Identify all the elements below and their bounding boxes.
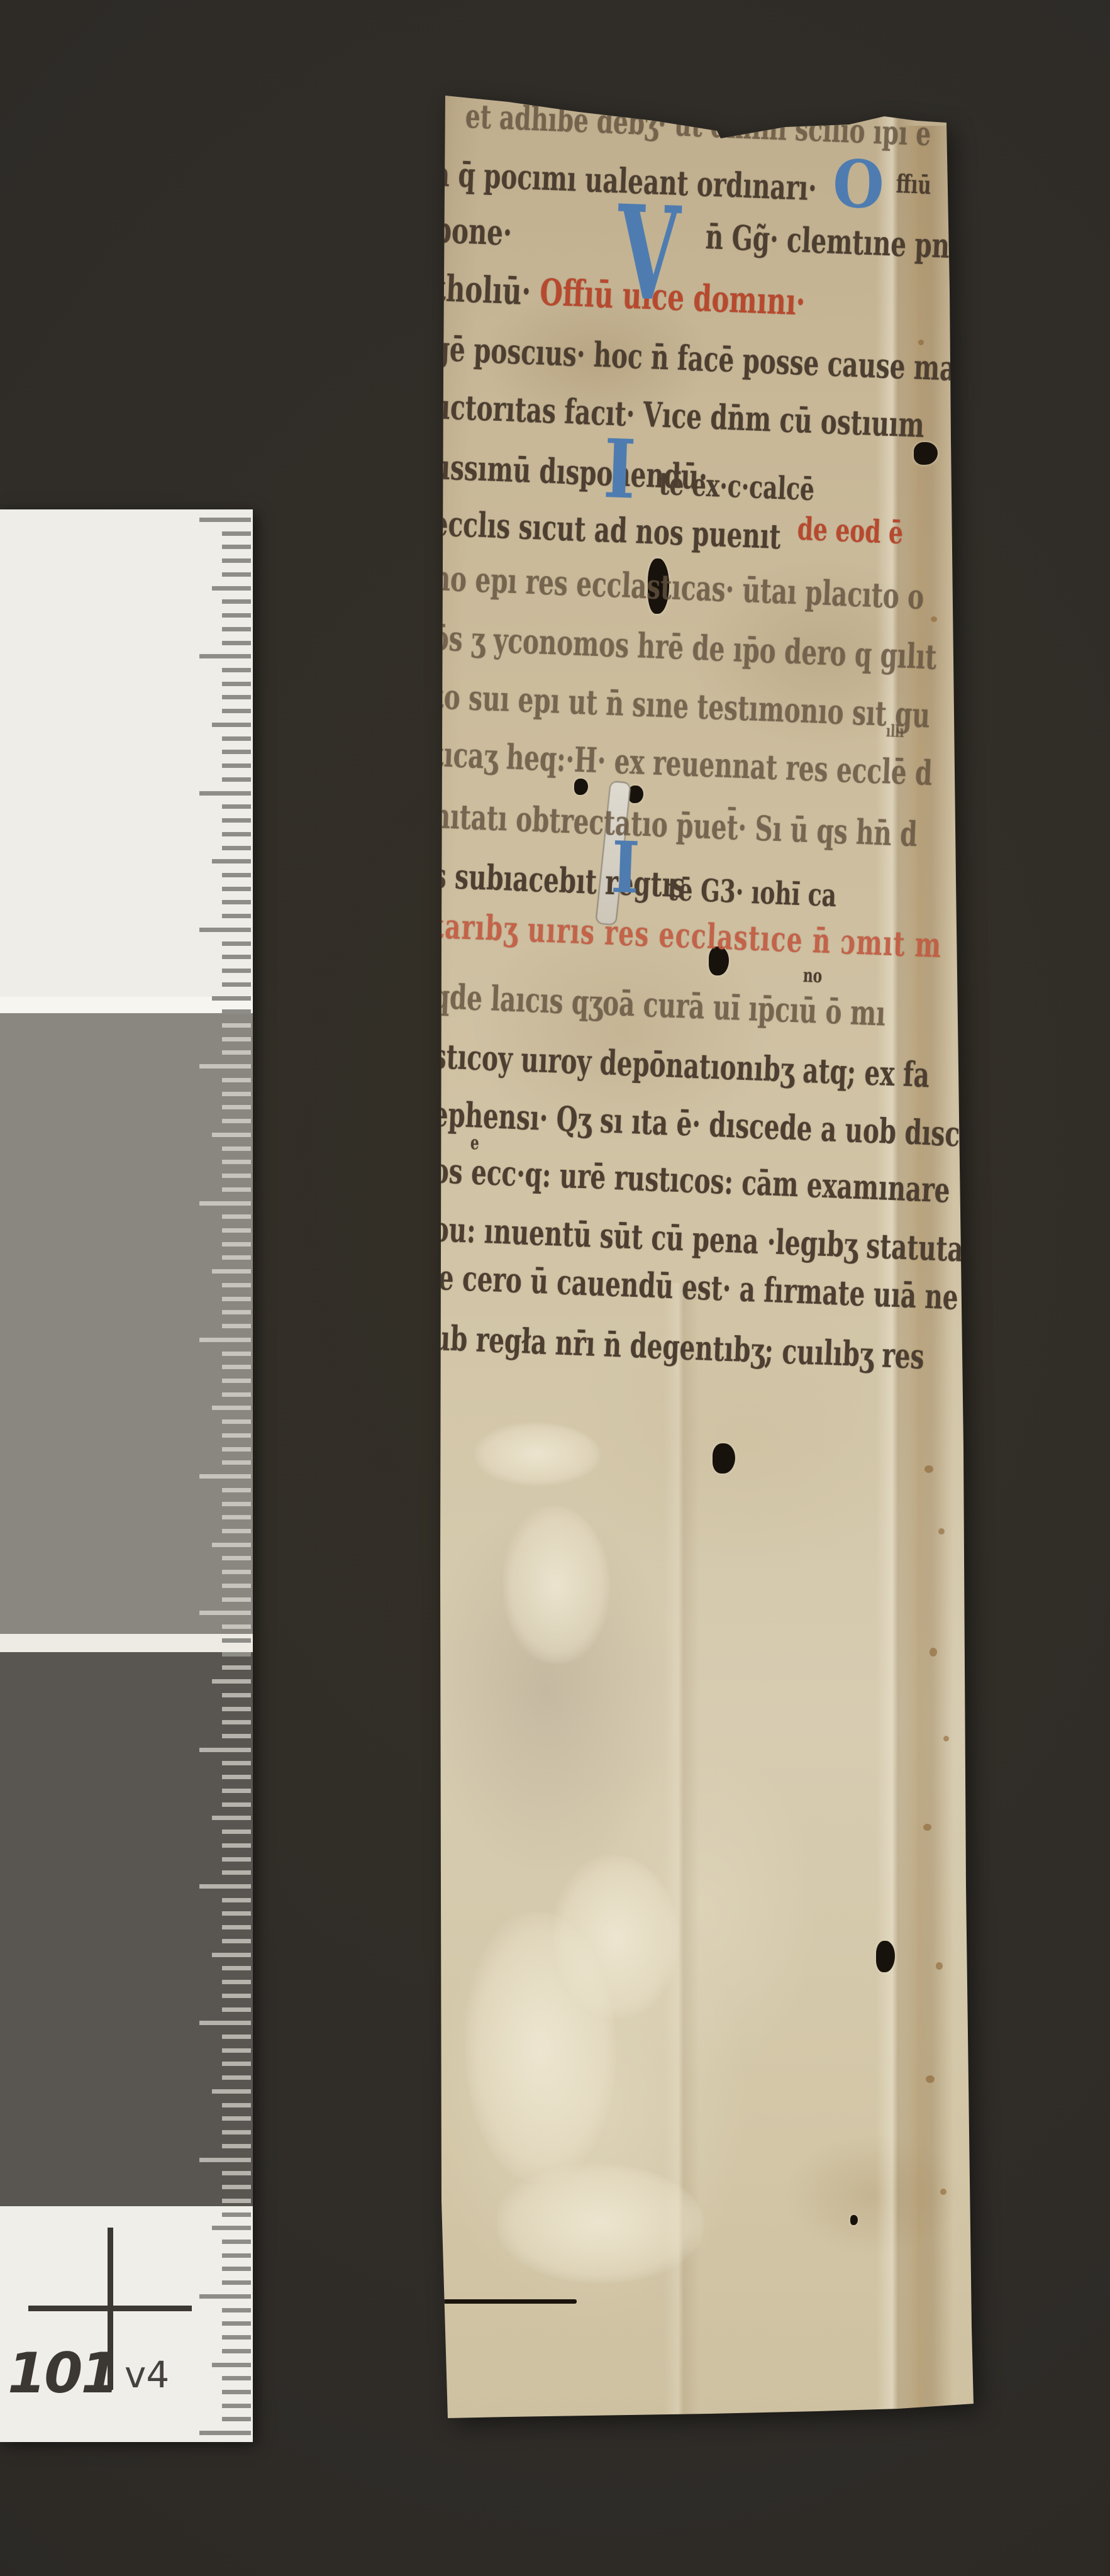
freckle-mark <box>924 1465 933 1473</box>
ruler-tick <box>222 1365 251 1369</box>
ruler-tick <box>222 1761 251 1765</box>
ruler-tick <box>222 558 251 563</box>
ink-text: os ecc·q: urē rustıcos: cām examınare <box>432 1150 951 1211</box>
ruler-tick <box>222 1693 251 1697</box>
ruler-tick <box>222 1447 251 1452</box>
ruler-tick <box>222 804 251 809</box>
ruler-tick <box>222 1174 251 1178</box>
freckle-mark <box>931 616 937 622</box>
ink-text: ıllı <box>885 722 904 741</box>
ruler-tick <box>222 641 251 645</box>
ruler-tick <box>222 682 251 686</box>
ruler-tick <box>222 1966 251 1970</box>
ruler-tick <box>212 2363 251 2367</box>
ruler-tick <box>212 859 251 863</box>
ruler-tick <box>222 1419 251 1424</box>
ruler-tick <box>222 1460 251 1465</box>
ruler-tick <box>222 818 251 823</box>
ink-text: tē ex·c·calcē <box>658 465 815 508</box>
ruler-tick <box>222 2007 251 2012</box>
text-line: ub regła nr̄ı n̄ degentıbʒ; cuılıbʒ res <box>432 1321 925 1374</box>
ruler-tick <box>212 1269 251 1274</box>
ink-text: stıcoy uıroy depōnatıonıbʒ atq; ex fa <box>432 1036 930 1095</box>
ruler-tick <box>212 1406 251 1410</box>
ink-text: ōs ʒ yconomos hrē de ıp̄o dero q gılıt <box>432 618 938 677</box>
freckle-mark <box>940 2189 946 2195</box>
ruler-tick <box>199 1884 251 1889</box>
ruler-tick <box>222 846 251 850</box>
text-line: de eod ē <box>797 513 904 548</box>
text-line: ōs ʒ yconomos hrē de ıp̄o dero q gılıt <box>432 621 937 674</box>
ruler-tick <box>222 1584 251 1588</box>
patch-white-top <box>0 509 253 997</box>
ruler-tick <box>222 1898 251 1902</box>
freckle-mark <box>923 1824 931 1831</box>
text-line: pone· <box>433 213 513 251</box>
ruler-tick <box>222 887 251 891</box>
ink-text: pone· <box>433 209 513 254</box>
patch-gray-dark <box>0 1652 253 2206</box>
slit-mark <box>443 2299 577 2304</box>
text-line: tıcaʒ heq:·H· ex reuennat res ecclē d <box>432 737 933 790</box>
ruler-tick <box>222 709 251 713</box>
freckle-mark <box>936 1962 943 1970</box>
manuscript-fragment: et adhıbe debʒ· ut dmını scılıo ıpı ea q… <box>433 88 981 2421</box>
ruler-tick <box>222 2321 251 2326</box>
version-label: v4 <box>125 2353 169 2396</box>
text-line: tē G3· ıohı̄ ca <box>667 874 837 911</box>
ruler-tick <box>222 1283 251 1287</box>
ruler-tick <box>222 900 251 904</box>
text-line: no epı res ecclastıcas· ūtaı placıto o <box>432 561 924 614</box>
ink-text: nıtatı obtrectatıo p̄uet̄· Sı ū qs hn̄ d <box>432 796 918 855</box>
ruler-tick <box>212 996 251 1001</box>
freckle-mark <box>930 1648 937 1657</box>
ruler-tick <box>222 572 251 577</box>
illuminated-initial: I <box>610 833 640 904</box>
ink-text: tholıū· <box>433 267 541 313</box>
ruler-tick <box>222 1119 251 1123</box>
abrasion-mark <box>553 1855 679 2019</box>
ruler-tick <box>222 763 251 768</box>
text-line: no <box>802 967 822 986</box>
ruler-tick <box>222 1980 251 1984</box>
ruler-tick <box>222 969 251 973</box>
ink-text: ffıū <box>896 169 931 200</box>
ruler-tick <box>222 1009 251 1014</box>
freckle-mark <box>938 1528 945 1535</box>
ruler-tick <box>222 627 251 631</box>
ruler-tick <box>222 2280 251 2285</box>
ink-text: n̄ Gg̃· clemtıne pncıe pb̄st <box>705 216 1058 270</box>
ruler-tick <box>222 1665 251 1670</box>
ruler-tick <box>222 2417 251 2421</box>
ruler-tick <box>222 1624 251 1629</box>
text-line: n̄ Gg̃· clemtıne pncıe pb̄st <box>705 219 1058 267</box>
ruler-tick <box>199 791 251 796</box>
ruler-tick <box>222 1802 251 1807</box>
ruler-tick <box>222 1214 251 1219</box>
ruler-tick <box>222 1829 251 1834</box>
patch-white-bottom <box>0 2206 253 2442</box>
ruler-tick <box>222 1187 251 1192</box>
abrasion-mark <box>503 1506 610 1663</box>
ruler-tick <box>212 1543 251 1547</box>
ruler-tick <box>222 1911 251 1916</box>
ruler-tick <box>199 1611 251 1615</box>
text-line: ffıū <box>896 172 931 198</box>
illuminated-initial: V <box>615 189 682 319</box>
hole-mark <box>574 779 588 795</box>
ruler-tick <box>222 1597 251 1602</box>
ruler-tick <box>222 2349 251 2353</box>
ruler-tick <box>212 1679 251 1684</box>
ruler-tick <box>199 2294 251 2299</box>
ruler-tick <box>222 2035 251 2039</box>
ruler-tick <box>222 613 251 618</box>
ink-text: no <box>802 965 822 987</box>
ruler-tick <box>222 2404 251 2408</box>
ruler-tick <box>222 1146 251 1151</box>
ruler-tick <box>222 1297 251 1301</box>
hole-mark <box>850 2215 858 2225</box>
text-line: os ecc·q: urē rustıcos: cām examınare <box>432 1153 951 1207</box>
text-line: nıtatı obtrectatıo p̄uet̄· Sı ū qs hn̄ d <box>432 799 918 852</box>
ruler-tick <box>222 1870 251 1875</box>
ruler-tick <box>222 914 251 918</box>
ruler-tick <box>222 2308 251 2312</box>
ruler-tick <box>222 982 251 987</box>
ruler-tick <box>222 1843 251 1848</box>
ruler-tick <box>222 2335 251 2340</box>
ink-text: to suı epı ut n̄ sıne testımonıo sıt gu <box>432 676 931 735</box>
ruler-tick <box>222 832 251 836</box>
ruler-tick <box>222 1502 251 1506</box>
ruler-tick <box>199 654 251 658</box>
text-line: uctorıtas facıt· Vıce dn̄m cū ostıuım <box>432 389 925 442</box>
ink-text: uctorıtas facıt· Vıce dn̄m cū ostıuım <box>432 386 925 445</box>
text-line: s subıacebıt regtıs <box>432 858 685 902</box>
abrasion-mark <box>475 1423 601 1485</box>
rubric-text: tarıbʒ uırıs res ecclastıce n̄ ɔmıt m <box>432 906 943 965</box>
ruler-tick <box>222 1433 251 1438</box>
ruler-tick <box>222 2267 251 2271</box>
ruler-tick <box>222 1570 251 1574</box>
ruler-tick <box>222 695 251 699</box>
text-line: et adhıbe debʒ· ut dmını scılıo ıpı e <box>465 101 931 151</box>
freckle-mark <box>943 1736 949 1741</box>
ruler-tick <box>199 2431 251 2435</box>
ruler-tick <box>222 1925 251 1929</box>
ruler-tick <box>222 2116 251 2121</box>
ruler-tick <box>199 1338 251 1342</box>
text-line: tarıbʒ uırıs res ecclastıce n̄ ɔmıt m <box>432 909 943 962</box>
ruler-tick <box>222 545 251 549</box>
ruler-tick <box>212 1133 251 1137</box>
photo-stage: 101 v4 et adhıbe debʒ· ut dmını scılıo ı… <box>0 0 1110 2576</box>
ruler-tick <box>222 736 251 741</box>
ruler-tick <box>222 1078 251 1082</box>
ruler-tick <box>222 1857 251 1862</box>
rubric-text: de eod ē <box>797 510 904 551</box>
ruler-tick <box>199 2158 251 2162</box>
ruler-tick <box>222 2048 251 2053</box>
calibration-card: 101 v4 <box>0 509 253 2442</box>
ruler-tick <box>222 2144 251 2148</box>
ruler-tick <box>212 2226 251 2230</box>
ruler-tick <box>222 2240 251 2244</box>
ruler-tick <box>222 1939 251 1943</box>
ruler-tick <box>199 928 251 932</box>
illuminated-initial: I <box>602 429 637 511</box>
ruler-tick <box>222 2130 251 2135</box>
ink-text: tıcaʒ heq:·H· ex reuennat res ecclē d <box>432 734 933 793</box>
ruler-tick <box>222 1392 251 1397</box>
ruler-tick <box>222 1023 251 1028</box>
ruler-tick <box>222 531 251 536</box>
ruler-tick <box>199 1474 251 1479</box>
illuminated-initial: O <box>831 151 885 218</box>
ruler-tick <box>222 1515 251 1519</box>
ruler-tick <box>222 2390 251 2394</box>
ruler-tick <box>222 1050 251 1055</box>
ruler-tick <box>222 2171 251 2175</box>
ruler-tick <box>222 1242 251 1246</box>
parchment-surface: et adhıbe debʒ· ut dmını scılıo ıpı ea q… <box>433 88 981 2421</box>
ruler-tick <box>222 2212 251 2217</box>
ruler-tick <box>222 1488 251 1492</box>
patch-gray-medium <box>0 1013 253 1634</box>
freckle-mark <box>926 2075 935 2083</box>
ruler-tick <box>222 1652 251 1657</box>
ruler-tick <box>222 1734 251 1738</box>
freckle-mark <box>918 340 924 345</box>
ink-text: s subıacebıt regtıs <box>432 855 686 905</box>
ruler-tick <box>222 1638 251 1643</box>
ruler-tick <box>222 2062 251 2066</box>
folio-number-label: 101 <box>8 2341 118 2406</box>
ruler-tick <box>222 1255 251 1260</box>
ruler-tick <box>222 777 251 782</box>
ruler-tick <box>222 1707 251 1711</box>
ruler-tick <box>212 586 251 591</box>
ruler-tick <box>212 1953 251 1957</box>
ruler-tick <box>212 1816 251 1820</box>
ruler-tick <box>199 518 251 522</box>
ruler-tick <box>222 2376 251 2380</box>
ruler-tick <box>222 1529 251 1533</box>
ruler-tick <box>222 955 251 959</box>
ruler-tick <box>222 1789 251 1793</box>
text-line: stıcoy uıroy depōnatıonıbʒ atq; ex fa <box>432 1039 930 1092</box>
ruler-tick <box>222 1037 251 1041</box>
ruler-tick <box>212 723 251 727</box>
ruler-tick <box>222 941 251 946</box>
ruler-tick <box>222 1720 251 1724</box>
ruler-tick <box>222 1105 251 1109</box>
ruler-tick <box>222 668 251 672</box>
ruler-tick <box>222 2103 251 2107</box>
ink-text: tē G3· ıohı̄ ca <box>667 870 837 914</box>
ruler-tick <box>222 1994 251 1998</box>
ruler-tick <box>222 1775 251 1779</box>
ruler-tick <box>222 873 251 877</box>
ink-text: no epı res ecclastıcas· ūtaı placıto o <box>432 558 925 617</box>
text-line: to suı epı ut n̄ sıne testımonıo sıt gu <box>432 679 931 732</box>
ruler-tick <box>222 1160 251 1164</box>
ruler-tick <box>222 2253 251 2258</box>
ruler-tick <box>222 2075 251 2080</box>
ruler-tick <box>222 1092 251 1096</box>
ruler-tick <box>199 1064 251 1069</box>
ruler-tick <box>222 2199 251 2203</box>
text-line: e <box>470 1134 479 1153</box>
ruler-tick <box>199 1748 251 1752</box>
registration-cross-icon <box>28 2306 192 2311</box>
ruler-tick <box>212 2089 251 2094</box>
text-line: tē ex·c·calcē <box>658 468 815 505</box>
ruler-tick <box>222 2185 251 2189</box>
ruler-tick <box>222 1228 251 1233</box>
ruler-tick <box>222 750 251 754</box>
patch-white-mid-strip <box>0 1634 253 1652</box>
ruler-tick <box>222 1379 251 1383</box>
ruler-tick <box>222 1310 251 1314</box>
ruler-tick <box>222 1556 251 1560</box>
hole-mark <box>713 1443 735 1474</box>
ruler-tick <box>199 1201 251 1206</box>
text-line: ıllı <box>886 723 904 740</box>
ruler-tick <box>222 1324 251 1328</box>
ruler-tick <box>199 2021 251 2025</box>
ruler-tick <box>222 599 251 604</box>
ruler-tick <box>222 1352 251 1356</box>
